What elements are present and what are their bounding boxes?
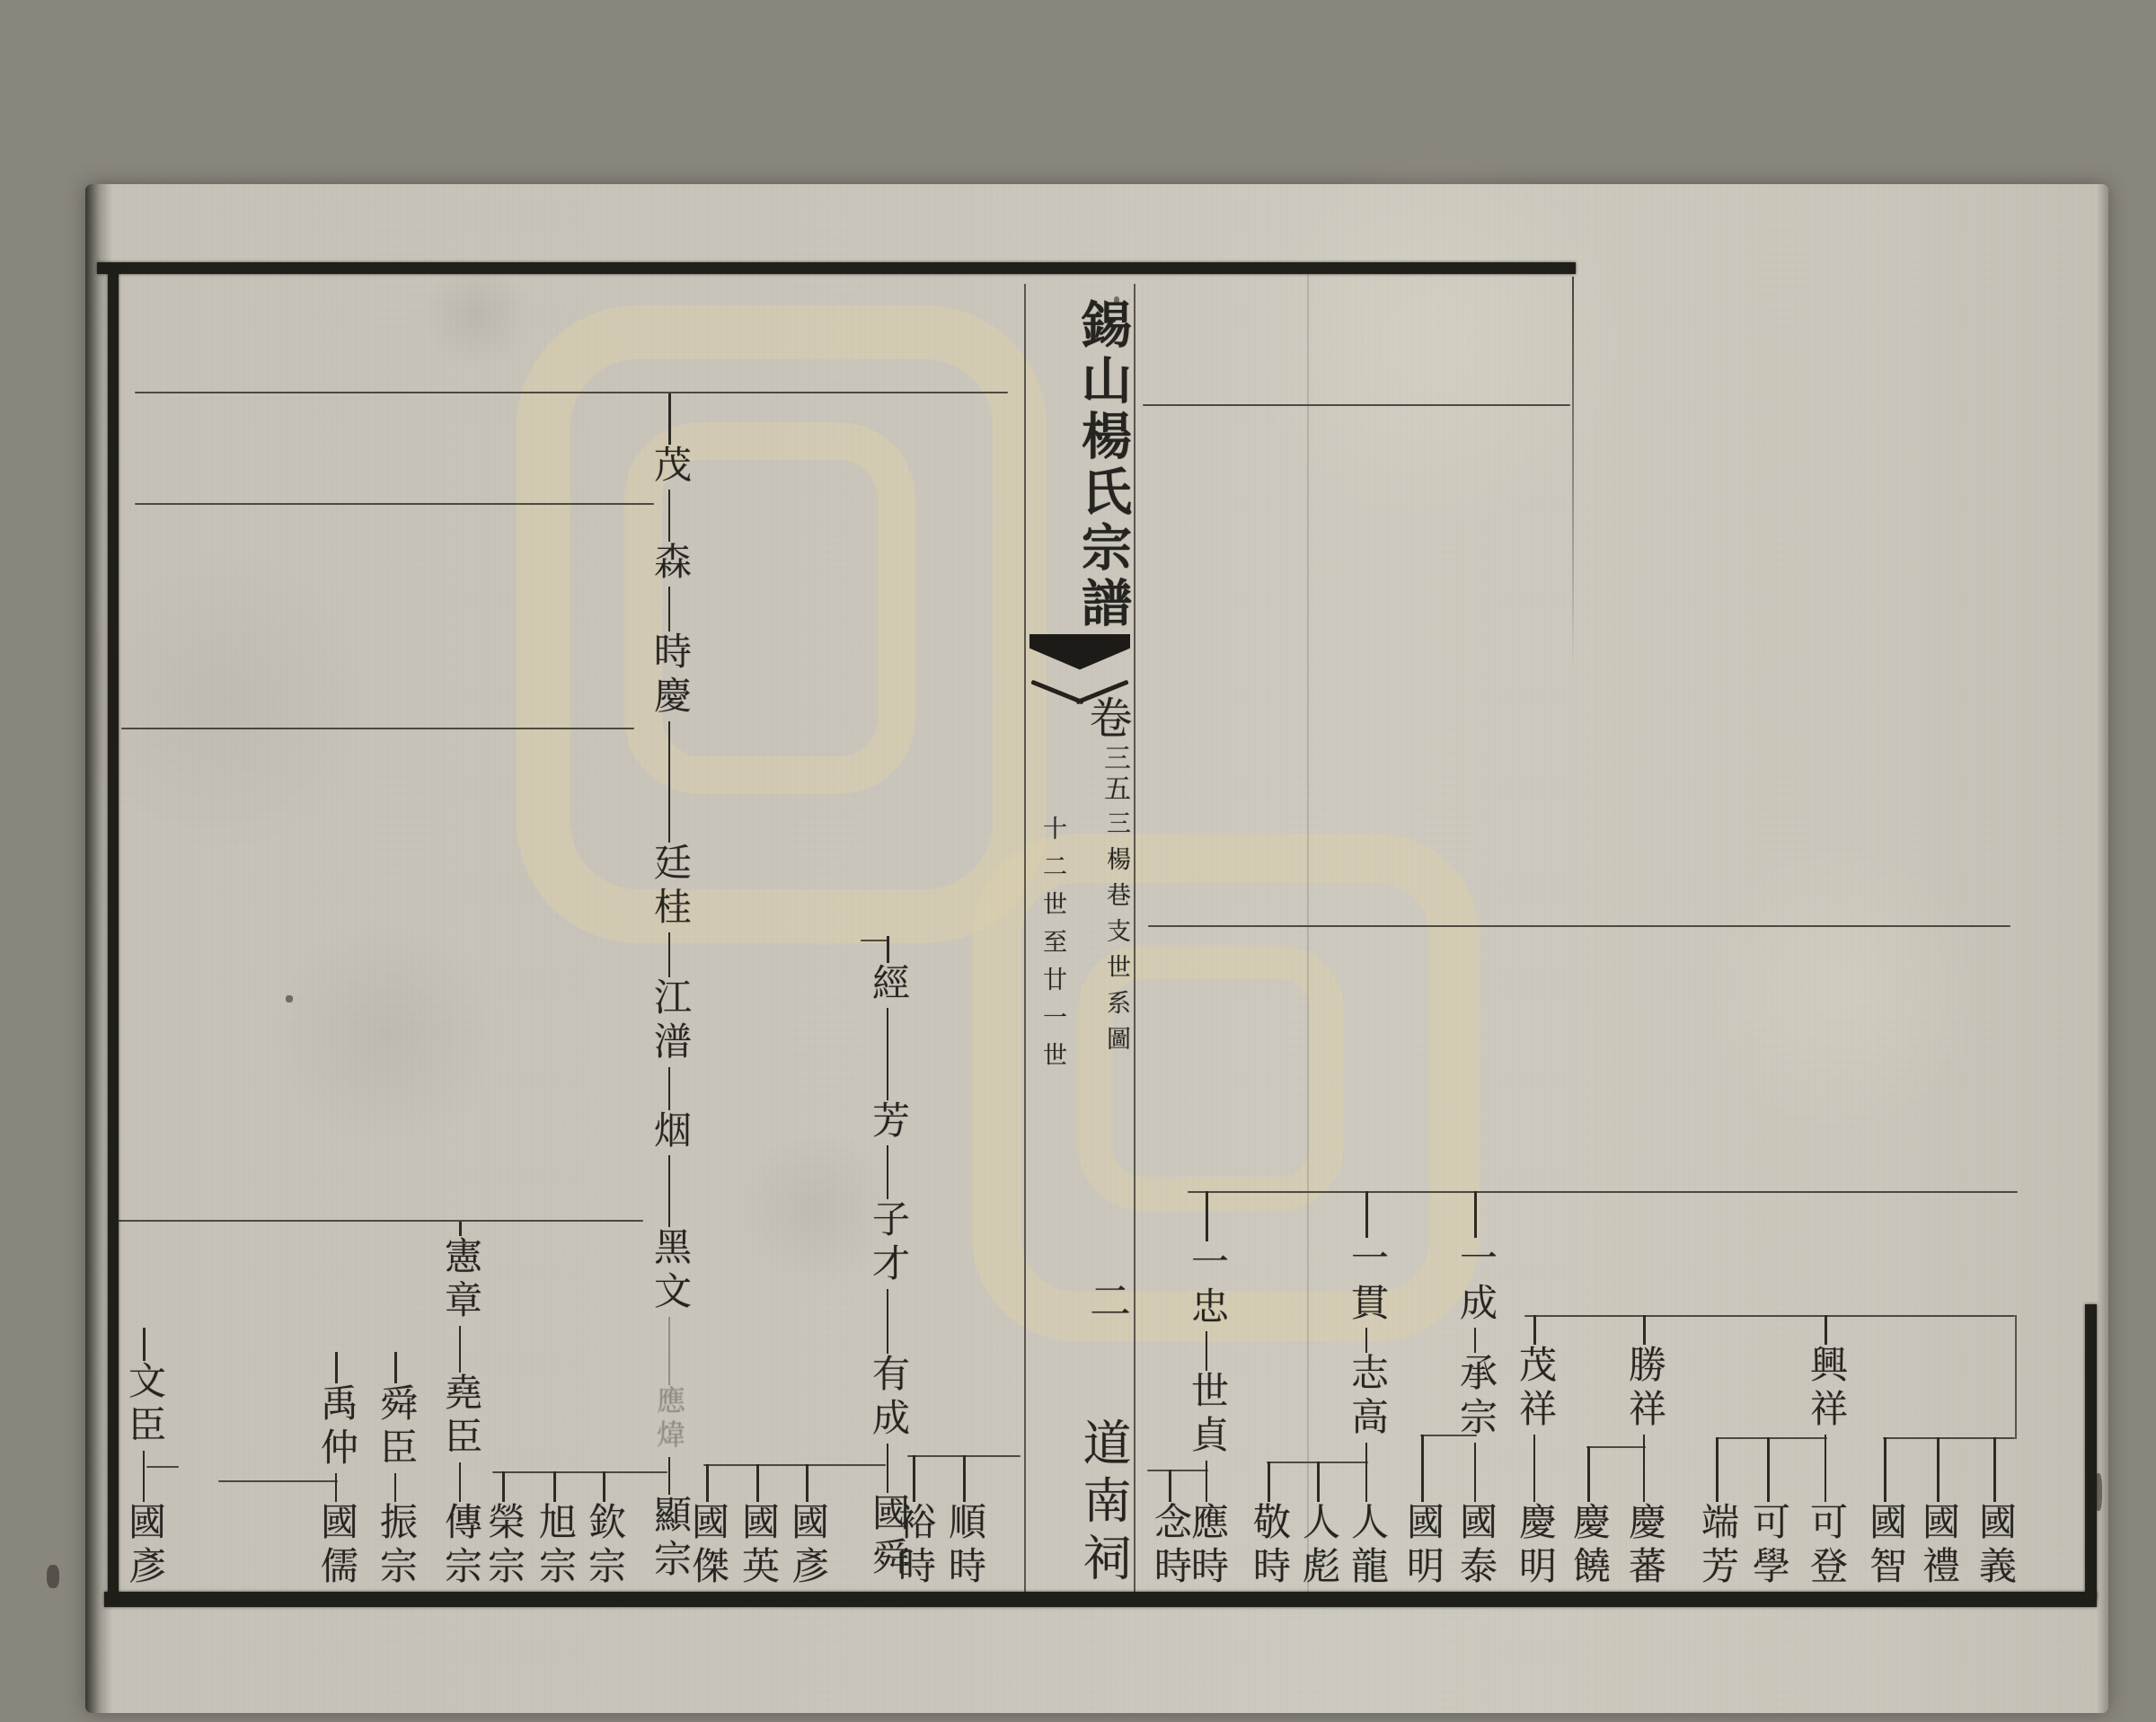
frame-border-top xyxy=(97,262,1576,274)
page-gutter-shadow xyxy=(85,184,112,1713)
printed-frame-layer xyxy=(0,0,2156,1722)
genealogy-scan-scene: 茂森時慶廷桂江潽烟黑文應煒顯宗經芳子才有成國舜憲章堯臣傳宗舜臣振宗禹仲國儒文臣國… xyxy=(0,0,2156,1722)
frame-border-bottom xyxy=(104,1592,2097,1607)
frame-border-right xyxy=(2085,1304,2097,1599)
page-right-edge xyxy=(2097,184,2108,1713)
